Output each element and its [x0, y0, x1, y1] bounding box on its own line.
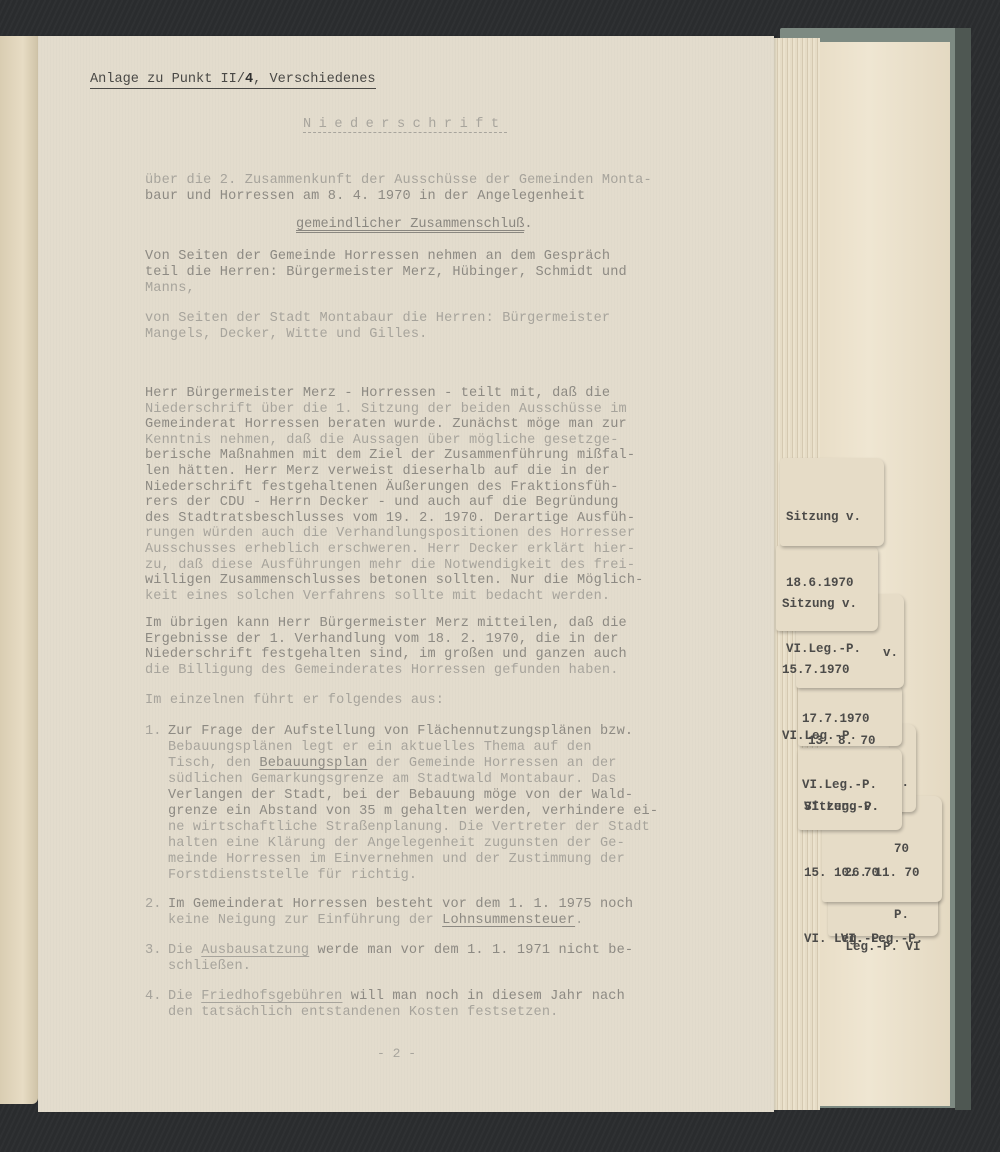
item-1-line-10: Forstdienststelle für richtig.	[168, 868, 417, 884]
item-3-line-1: Die Ausbausatzung werde man vor dem 1. 1…	[168, 943, 633, 959]
document-title: Niederschrift	[303, 117, 507, 133]
item-3-line-1-start: Die	[168, 943, 201, 958]
item-4-line-2: den tatsächlich entstandenen Kosten fest…	[168, 1005, 558, 1021]
item-1-line-9: meinde Horressen im Einvernehmen und der…	[168, 852, 625, 868]
underlined-term-ausbausatzung: Ausbausatzung	[201, 943, 309, 958]
participants-montabaur-2: Mangels, Decker, Witte und Gilles.	[145, 327, 427, 343]
participants-montabaur-1: von Seiten der Stadt Montabaur die Herre…	[145, 311, 610, 327]
item-1-line-6: grenze ein Abstand von 35 m gehalten wer…	[168, 804, 658, 820]
header-suffix: , Verschiedenes	[253, 72, 375, 87]
item-3-line-2: schließen.	[168, 959, 251, 975]
item-1-number: 1.	[145, 724, 162, 740]
document-header: Anlage zu Punkt II/4, Verschiedenes	[90, 72, 376, 89]
header-prefix: Anlage zu Punkt II/	[90, 72, 245, 87]
binder-spine-edge	[955, 28, 971, 1110]
tab-label-line: 70	[894, 838, 910, 860]
underlined-term-friedhofsgebuehren: Friedhofsgebühren	[201, 989, 342, 1004]
para1-line: len hätten. Herr Merz verweist dieserhal…	[145, 464, 610, 480]
subject-text: gemeindlicher Zusammenschluß	[296, 217, 524, 233]
item-2-line-2-start: keine Neigung zur Einführung der	[168, 913, 442, 928]
item-4-number: 4.	[145, 989, 162, 1005]
para1-line: rungen würden auch die Verhandlungsposit…	[145, 526, 635, 542]
intro-line-1: über die 2. Zusammenkunft der Ausschüsse…	[145, 173, 652, 189]
item-1-line-8: halten eine Klärung der Angelegenheit zu…	[168, 836, 625, 852]
tab-label-line: VI.Leg.-P.	[782, 725, 872, 747]
para1-line: rers der CDU - Herrn Decker - und auch a…	[145, 495, 619, 511]
item-4-line-1-end: will man noch in diesem Jahr nach	[342, 989, 624, 1004]
item-2-line-2: keine Neigung zur Einführung der Lohnsum…	[168, 913, 583, 929]
underlined-term-lohnsummensteuer: Lohnsummensteuer	[442, 913, 575, 928]
para1-line: Niederschrift über die 1. Sitzung der be…	[145, 402, 627, 418]
page-number: - 2 -	[377, 1046, 416, 1061]
item-1-line-7: ne wirtschaftliche Straßenplanung. Die V…	[168, 820, 650, 836]
para2-line: die Billigung des Gemeinderates Horresse…	[145, 663, 619, 679]
item-4-line-1-start: Die	[168, 989, 201, 1004]
para1-line: berische Maßnahmen mit dem Ziel der Zusa…	[145, 448, 635, 464]
item-3-number: 3.	[145, 943, 162, 959]
index-tab-sitzung-18-6-1970[interactable]: Sitzung v. 18.6.1970 VI.Leg.-P.	[780, 458, 884, 546]
header-item-number: 4	[245, 72, 253, 87]
tab-label-line: VI.Leg.-P.	[786, 638, 878, 660]
para2-line: Ergebnisse der 1. Verhandlung vom 18. 2.…	[145, 632, 619, 648]
para1-line: Ausschusses erheblich erschweren. Herr D…	[145, 542, 635, 558]
para1-line: Niederschrift festgehaltenen Äußerungen …	[145, 480, 619, 496]
tab-label-line: 15. 10. 70	[804, 862, 896, 884]
para1-line: willigen Zusammenschlusses betonen sollt…	[145, 573, 643, 589]
para1-line: Herr Bürgermeister Merz - Horressen - te…	[145, 386, 610, 402]
tab-label-line: 18.6.1970	[786, 572, 878, 594]
item-2-number: 2.	[145, 897, 162, 913]
tab-label-line: Sitzung v.	[786, 506, 878, 528]
document-subject: gemeindlicher Zusammenschluß.	[296, 217, 533, 232]
item-1-line-3-end: der Gemeinde Horressen an der	[367, 756, 616, 771]
para2-line: Im übrigen kann Herr Bürgermeister Merz …	[145, 616, 627, 632]
item-1-line-5: Verlangen der Stadt, bei der Bebauung mö…	[168, 788, 633, 804]
para1-line: zu, daß diese Ausführungen mehr die Notw…	[145, 558, 635, 574]
participants-horressen-1: Von Seiten der Gemeinde Horressen nehmen…	[145, 249, 610, 265]
para1-line: Gemeinderat Horressen beraten wurde. Zun…	[145, 417, 627, 433]
participants-horressen-3: Manns,	[145, 281, 195, 297]
item-1-line-3-start: Tisch, den	[168, 756, 259, 771]
item-1-line-2: Bebauungsplänen legt er ein aktuelles Th…	[168, 740, 592, 756]
intro-line-2: baur und Horressen am 8. 4. 1970 in der …	[145, 189, 585, 205]
left-page-edge	[0, 36, 38, 1104]
subject-period: .	[524, 217, 532, 232]
participants-horressen-2: teil die Herren: Bürgermeister Merz, Hüb…	[145, 265, 627, 281]
tab-label-line: VI. Leg.-P.	[804, 928, 896, 950]
item-1-line-4: südlichen Gemarkungsgrenze am Stadtwald …	[168, 772, 617, 788]
para1-line: des Stadtratsbeschlusses vom 19. 2. 1970…	[145, 511, 635, 527]
tab-label-line: VI.Leg.-P.	[802, 774, 898, 796]
tab-label-line: P.	[894, 904, 910, 926]
item-1-line-3: Tisch, den Bebauungsplan der Gemeinde Ho…	[168, 756, 617, 772]
item-2-line-1: Im Gemeinderat Horressen besteht vor dem…	[168, 897, 633, 913]
para1-line: Kenntnis nehmen, daß die Aussagen über m…	[145, 433, 619, 449]
underlined-term-bebauungsplan: Bebauungsplan	[259, 756, 367, 771]
list-intro: Im einzelnen führt er folgendes aus:	[145, 693, 444, 709]
item-3-line-1-end: werde man vor dem 1. 1. 1971 nicht be-	[309, 943, 633, 958]
para1-line: keit eines solchen Verfahrens sollte mit…	[145, 589, 610, 605]
item-2-line-2-end: .	[575, 913, 583, 928]
item-4-line-1: Die Friedhofsgebühren will man noch in d…	[168, 989, 625, 1005]
item-1-line-1: Zur Frage der Aufstellung von Flächennut…	[168, 724, 633, 740]
para2-line: Niederschrift festgehalten sind, im groß…	[145, 647, 627, 663]
